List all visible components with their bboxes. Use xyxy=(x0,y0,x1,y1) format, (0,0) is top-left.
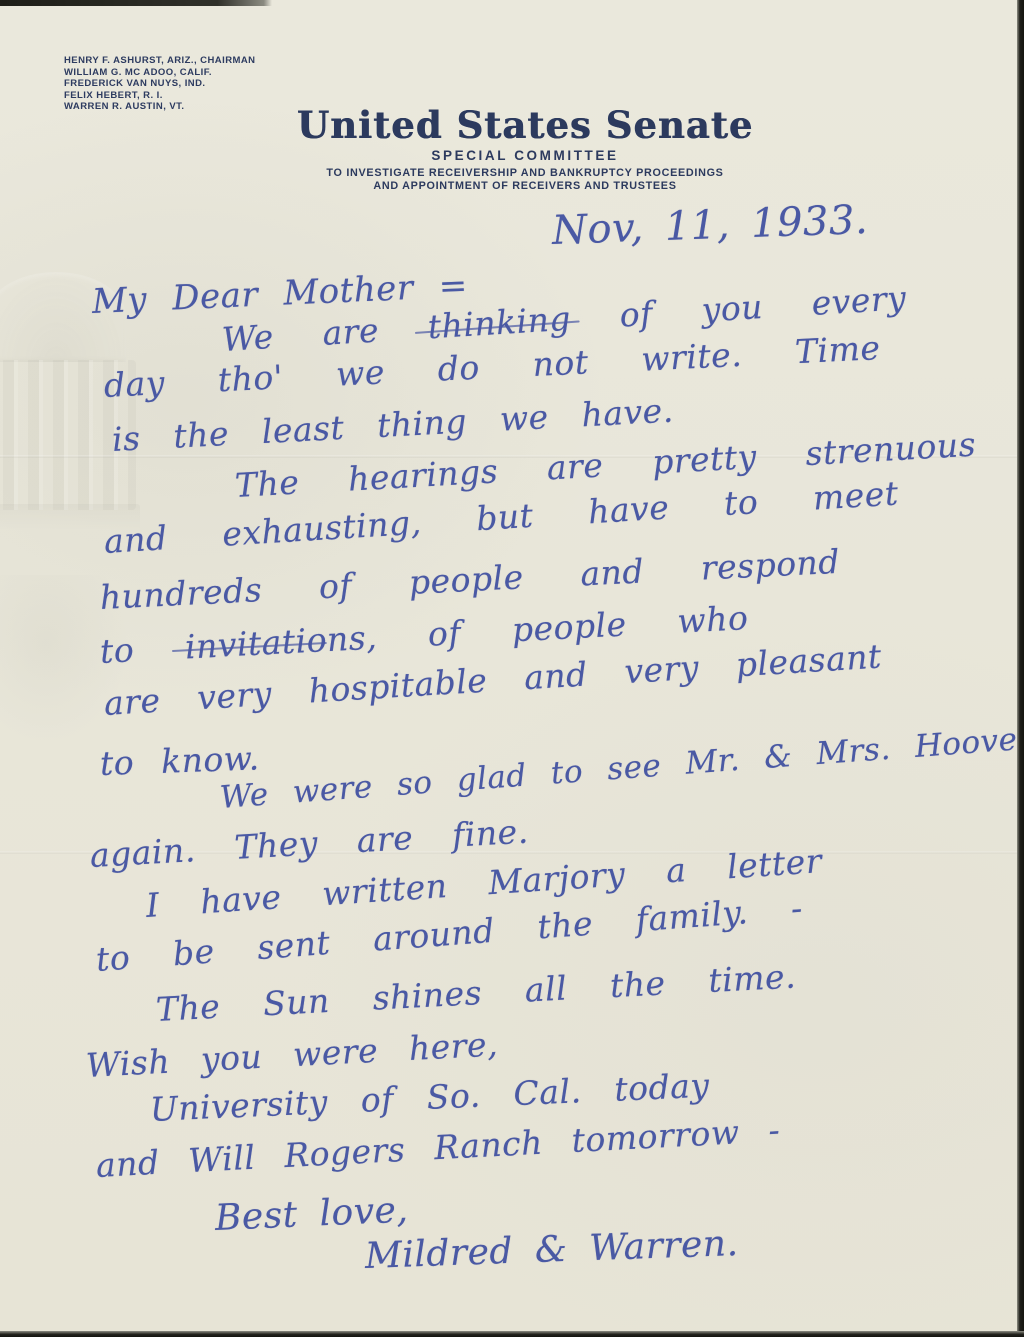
committee-member: WILLIAM G. MC ADOO, CALIF. xyxy=(64,67,256,79)
letterhead-description-line1: TO INVESTIGATE RECEIVERSHIP AND BANKRUPT… xyxy=(180,167,870,179)
committee-member: FELIX HEBERT, R. I. xyxy=(64,90,256,102)
committee-member: FREDERICK VAN NUYS, IND. xyxy=(64,78,256,90)
signature: Mildred & Warren. xyxy=(364,1223,739,1277)
letter-scan: HENRY F. ASHURST, ARIZ., CHAIRMAN WILLIA… xyxy=(0,0,1024,1337)
committee-member: HENRY F. ASHURST, ARIZ., CHAIRMAN xyxy=(64,55,256,67)
handwriting-line: to know. xyxy=(99,738,260,783)
letterhead-description-line2: AND APPOINTMENT OF RECEIVERS AND TRUSTEE… xyxy=(180,180,870,192)
scan-edge-bottom xyxy=(0,1331,1024,1337)
letterhead-title: United States Senate xyxy=(180,103,870,147)
handwriting-line: We were so glad to see Mr. & Mrs. Hoover xyxy=(219,720,1024,816)
scan-edge-right xyxy=(1017,0,1024,1337)
letterhead-subtitle: SPECIAL COMMITTEE xyxy=(180,148,870,163)
scan-edge-top xyxy=(0,0,272,6)
closing: Best love, xyxy=(214,1190,409,1239)
handwriting-line: Wish you were here, xyxy=(85,1024,499,1085)
handwritten-date: Nov, 11, 1933. xyxy=(551,197,869,254)
